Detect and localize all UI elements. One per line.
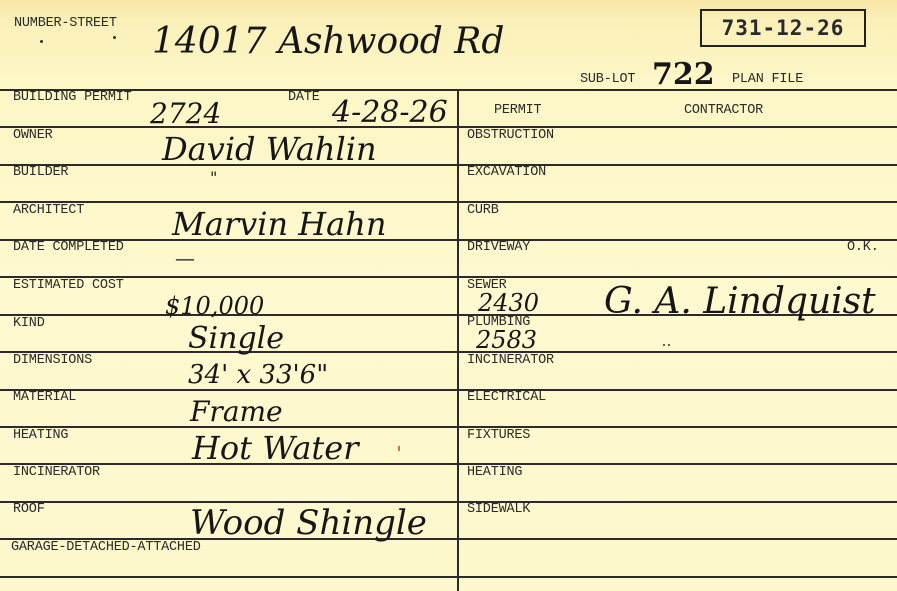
rule-line <box>0 201 897 203</box>
date-label: DATE <box>288 91 320 105</box>
driveway-label: DRIVEWAY <box>467 241 530 255</box>
builder-label: BUILDER <box>13 166 68 180</box>
rule-line <box>0 126 897 128</box>
electrical-label: ELECTRICAL <box>467 391 546 405</box>
sewer-permit: 2430 <box>478 291 539 315</box>
rule-line <box>0 389 897 391</box>
ink-mark <box>398 446 400 451</box>
number-street-value: 14017 Ashwood Rd <box>152 24 504 60</box>
rule-line <box>0 276 897 278</box>
mark-dot <box>113 36 116 39</box>
plumbing-permit: 2583 <box>476 328 537 352</box>
garage-label: GARAGE-DETACHED-ATTACHED <box>11 541 201 555</box>
excavation-label: EXCAVATION <box>467 166 546 180</box>
architect-value: Marvin Hahn <box>172 208 386 240</box>
dimensions-value: 34' x 33'6" <box>188 362 328 388</box>
sewer-contractor: G. A. Lindquist <box>604 284 876 320</box>
dimensions-label: DIMENSIONS <box>13 354 92 368</box>
number-street-label: NUMBER-STREET <box>14 17 117 31</box>
kind-label: KIND <box>13 317 45 331</box>
driveway-contractor: O.K. <box>847 241 879 255</box>
rule-line <box>0 351 897 353</box>
obstruction-label: OBSTRUCTION <box>467 129 554 143</box>
stamp-number: 731-12-26 <box>700 9 866 47</box>
incinerator-right-label: INCINERATOR <box>467 354 554 368</box>
contractor-column-header: CONTRACTOR <box>684 104 763 118</box>
roof-value: Wood Shingle <box>190 506 427 540</box>
permit-card: NUMBER-STREET 14017 Ashwood Rd 731-12-26… <box>0 0 897 591</box>
mark-dot <box>40 40 43 43</box>
sub-lot-label: SUB-LOT <box>580 73 635 87</box>
incinerator-label: INCINERATOR <box>13 466 100 480</box>
heating-right-label: HEATING <box>467 466 522 480</box>
rule-line <box>0 89 897 91</box>
architect-label: ARCHITECT <box>13 204 84 218</box>
rule-line <box>0 239 897 241</box>
rule-line <box>0 576 897 578</box>
owner-value: David Wahlin <box>162 133 377 165</box>
builder-value: " <box>210 170 217 186</box>
curb-label: CURB <box>467 204 499 218</box>
material-value: Frame <box>190 398 283 426</box>
plan-file-label: PLAN FILE <box>732 73 803 87</box>
kind-value: Single <box>188 324 284 354</box>
mark-dot <box>668 344 670 346</box>
date-completed-label: DATE COMPLETED <box>13 241 124 255</box>
heating-label: HEATING <box>13 429 68 443</box>
estimated-cost-value: $10,000 <box>165 294 264 318</box>
sidewalk-label: SIDEWALK <box>467 503 530 517</box>
owner-label: OWNER <box>13 129 53 143</box>
building-permit-label: BUILDING PERMIT <box>13 91 132 105</box>
heating-value: Hot Water <box>192 432 358 464</box>
rule-line <box>0 501 897 503</box>
material-label: MATERIAL <box>13 391 76 405</box>
rule-line <box>0 164 897 166</box>
estimated-cost-label: ESTIMATED COST <box>13 279 124 293</box>
rule-line <box>0 463 897 465</box>
permit-column-header: PERMIT <box>494 104 541 118</box>
sub-lot-value: 722 <box>652 60 715 90</box>
date-completed-value: — <box>175 248 195 268</box>
fixtures-label: FIXTURES <box>467 429 530 443</box>
roof-label: ROOF <box>13 503 45 517</box>
date-value: 4-28-26 <box>332 98 448 128</box>
mark-dot <box>663 344 665 346</box>
column-divider <box>457 90 459 591</box>
rule-line <box>0 426 897 428</box>
building-permit-value: 2724 <box>150 100 221 128</box>
